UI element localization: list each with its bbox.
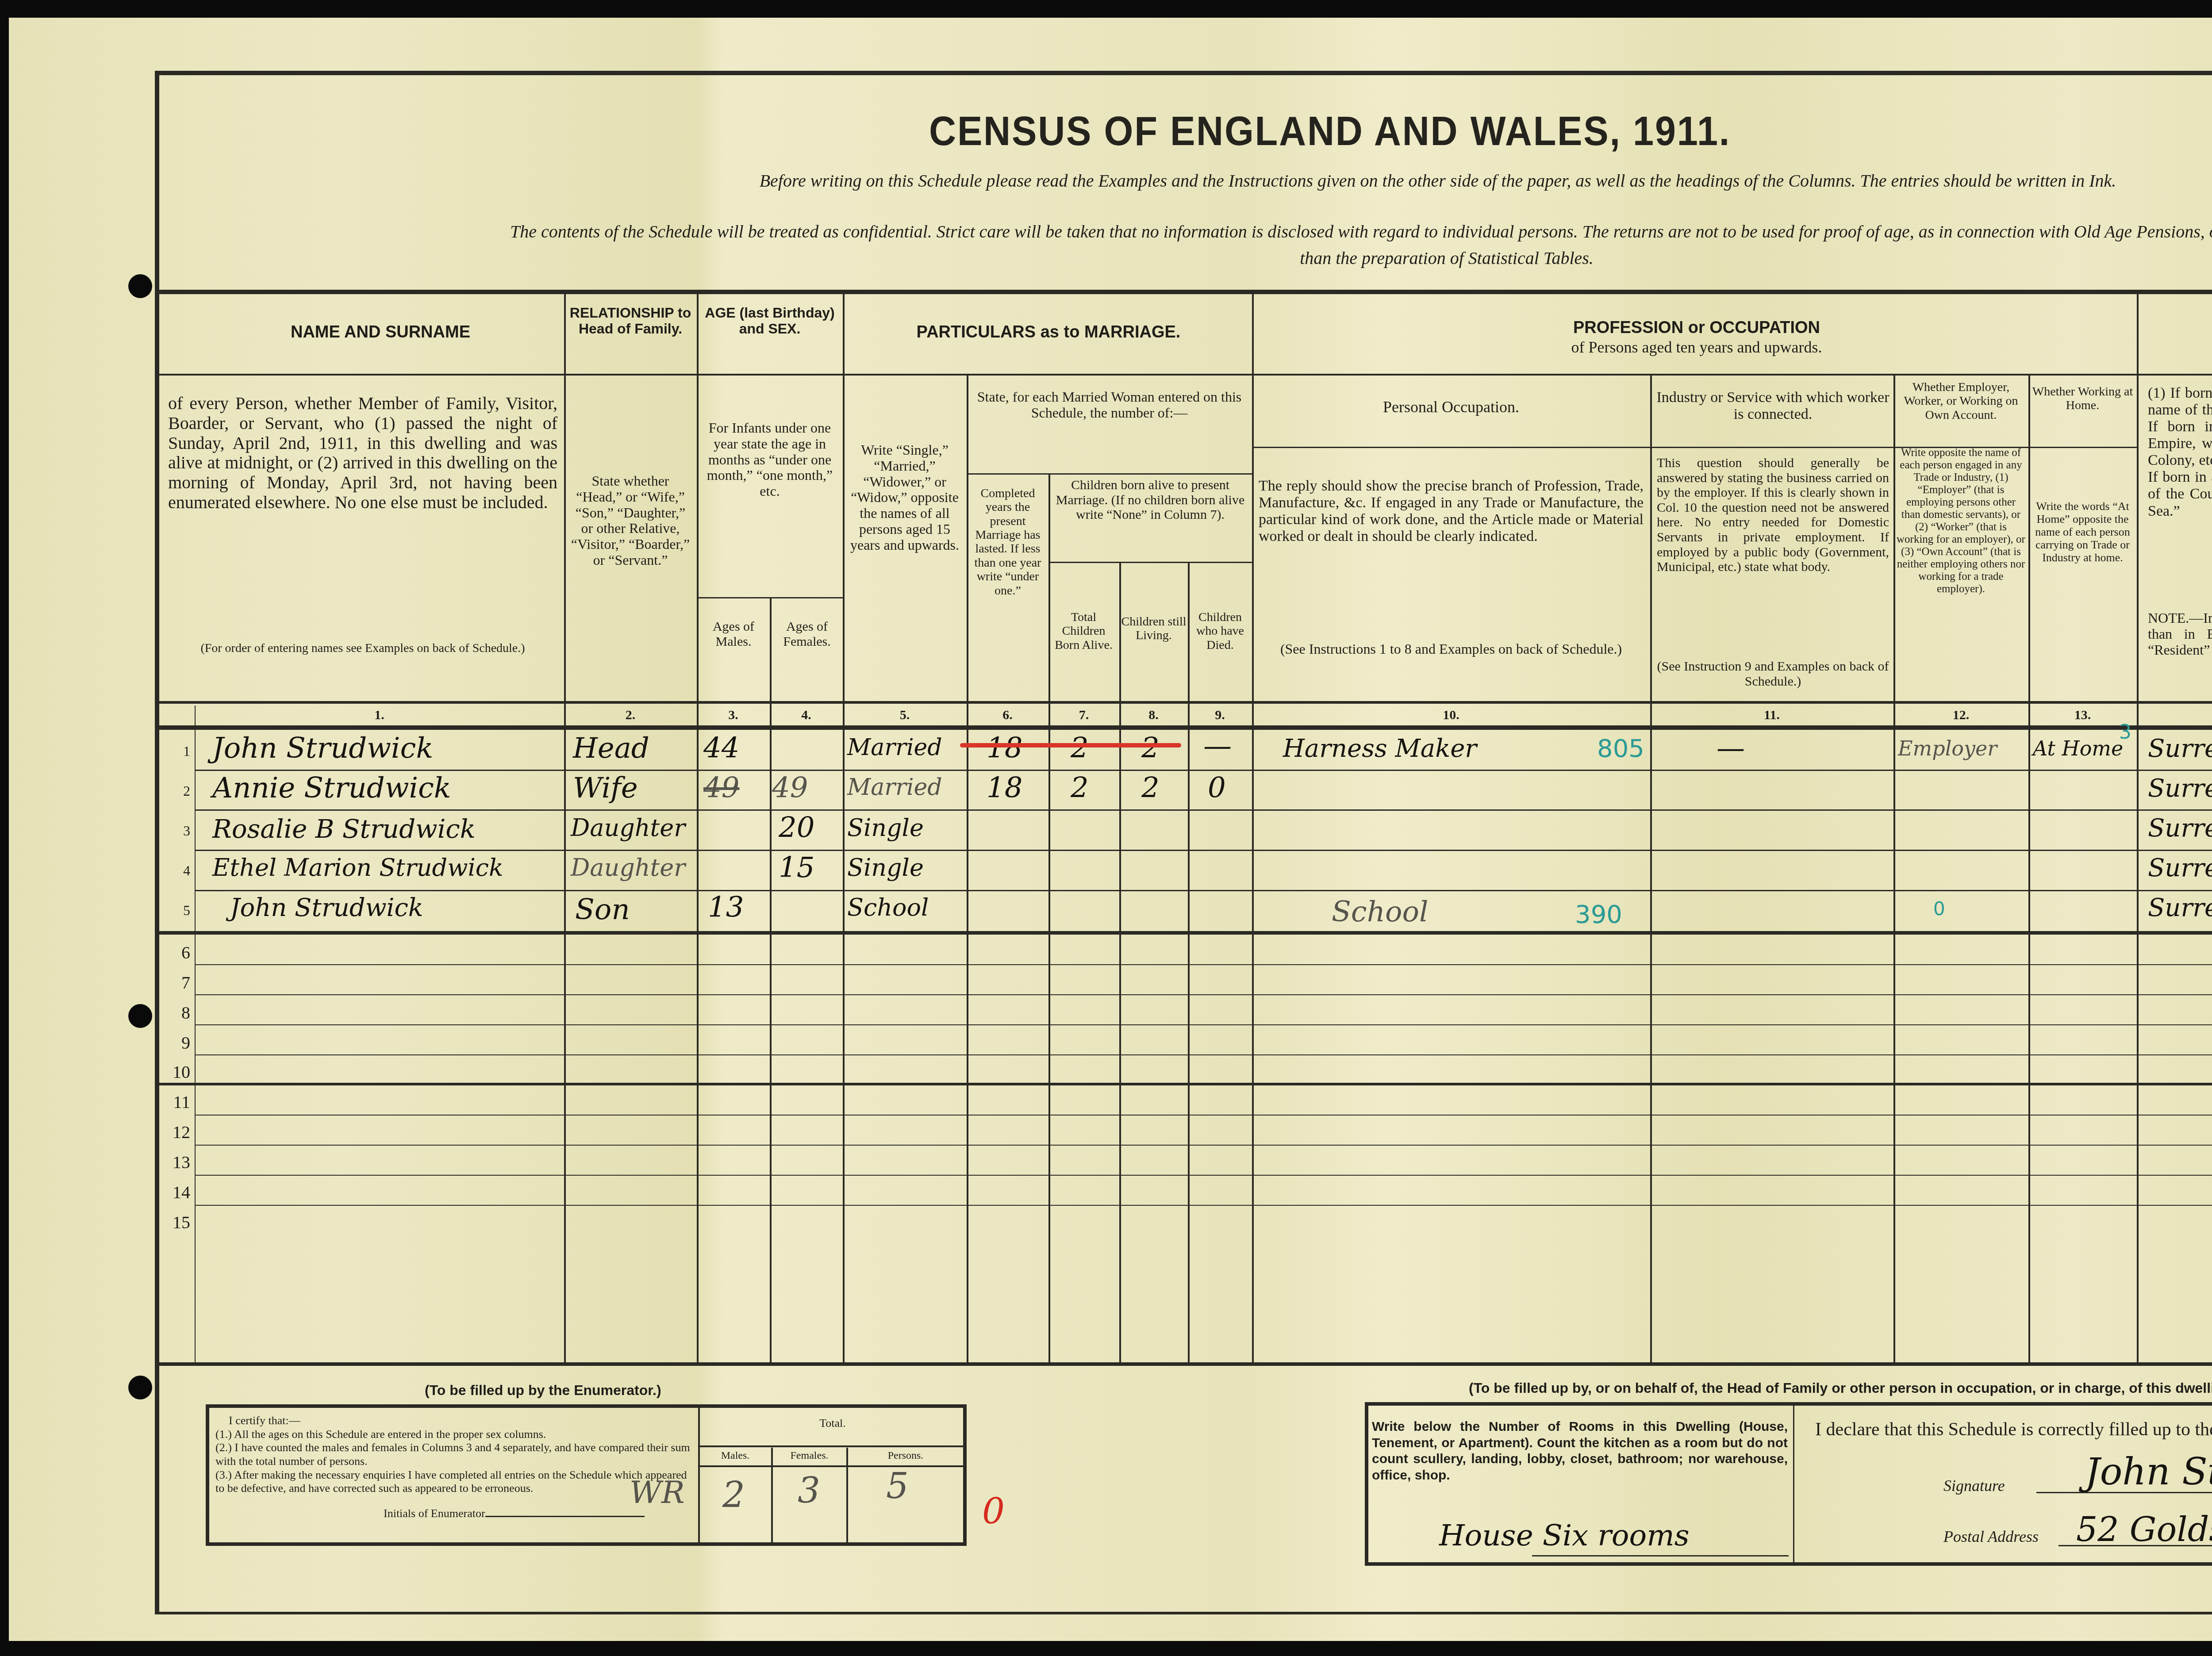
total-persons: 5	[886, 1465, 909, 1506]
head-section-heading: (To be filled up by, or on behalf of, th…	[1469, 1380, 2212, 1396]
postal-address-label: Postal Address	[1943, 1527, 2039, 1546]
enumerator-box: I certify that:— (1.) All the ages on th…	[206, 1404, 967, 1546]
females-label: Females.	[773, 1450, 846, 1462]
persons-label: Persons.	[848, 1450, 963, 1462]
person-age-male-struck: 49	[703, 772, 739, 805]
person-name: Annie Strudwick	[212, 772, 451, 805]
signature-label: Signature	[1943, 1476, 2005, 1495]
person-marital: Married	[847, 774, 942, 801]
header-children-total: Total Children Born Alive.	[1049, 610, 1118, 652]
enumerator-initials: WR	[630, 1474, 685, 1510]
header-industry-note: (See Instruction 9 and Examples on back …	[1657, 659, 1889, 689]
occupation-code: 390	[1575, 900, 1622, 929]
red-check-mark: 0	[982, 1491, 1005, 1532]
person-age-female: 15	[779, 851, 814, 884]
children-born: 2	[1071, 732, 1089, 765]
declaration-text: I declare that this Schedule is correctl…	[1815, 1419, 2212, 1440]
header-children-died: Children who have Died.	[1189, 610, 1251, 652]
header-bottom-rule	[155, 701, 2212, 704]
header-relationship-body: State whether “Head,” or “Wife,” “Son,” …	[568, 473, 692, 568]
instruction-line-1: Before writing on this Schedule please r…	[442, 170, 2212, 191]
children-living: 2	[1141, 732, 1160, 765]
header-personal-body: The reply should show the precise branch…	[1259, 478, 1644, 545]
header-personal-occupation: Personal Occupation.	[1256, 398, 1646, 416]
years-married: 18	[987, 732, 1022, 765]
header-marriage: PARTICULARS as to MARRIAGE.	[845, 323, 1252, 342]
enumerator-heading: (To be filled up by the Enumerator.)	[425, 1382, 661, 1399]
punch-hole	[128, 1004, 152, 1028]
header-marriage-children: Children born alive to present Marriage.…	[1051, 478, 1250, 522]
header-industry: Industry or Service with which worker is…	[1655, 389, 1891, 423]
home-code: 3	[2119, 721, 2131, 744]
row5-bottom-rule	[155, 931, 2212, 935]
header-relationship: RELATIONSHIP to Head of Family.	[566, 305, 695, 337]
head-section-box: Write below the Number of Rooms in this …	[1365, 1402, 2212, 1566]
birthplace: Surrey Guildford	[2148, 774, 2212, 803]
total-label: Total.	[700, 1417, 965, 1430]
header-birthplace-note: NOTE.—In the case of persons born elsewh…	[2148, 610, 2212, 658]
birthplace: Surrey Woking	[2148, 893, 2212, 922]
person-name: Ethel Marion Strudwick	[212, 854, 503, 882]
person-relationship: Wife	[573, 772, 638, 805]
certify-item-1: (1.) All the ages on this Schedule are e…	[215, 1428, 693, 1441]
row10-bottom-rule	[155, 1083, 2212, 1085]
person-name: Rosalie B Strudwick	[212, 814, 476, 844]
person-age-female: 49	[772, 772, 808, 805]
header-marriage-years: Completed years the present Marriage has…	[968, 487, 1048, 598]
header-age-males: Ages of Males.	[698, 619, 769, 649]
person-age-male: 44	[703, 732, 739, 765]
page-title: CENSUS OF ENGLAND AND WALES, 1911.	[929, 108, 1731, 155]
header-home: Whether Working at Home.	[2031, 385, 2135, 413]
red-strike-mark	[960, 743, 1181, 747]
header-name: NAME AND SURNAME	[199, 323, 562, 342]
header-name-note: (For order of entering names see Example…	[168, 641, 557, 655]
occupation: School	[1332, 896, 1428, 928]
header-profession-subtitle: of Persons aged ten years and upwards.	[1256, 338, 2137, 356]
header-birthplace-body: (1) If born in the United Kingdom, write…	[2148, 385, 2212, 520]
person-relationship: Daughter	[571, 814, 685, 842]
header-employer-body: Write opposite the name of each person e…	[1896, 447, 2026, 595]
header-marriage-write: Write “Single,” “Married,” “Widower,” or…	[845, 442, 964, 553]
children-born: 2	[1071, 772, 1089, 805]
birthplace: Surrey Woking	[2148, 734, 2212, 763]
person-name: John Strudwick	[212, 732, 433, 765]
initials-label: Initials of Enumerator	[384, 1507, 485, 1520]
occupation: Harness Maker	[1283, 734, 1477, 763]
header-age-females: Ages of Females.	[772, 619, 842, 649]
header-marriage-state: State, for each Married Woman entered on…	[969, 389, 1250, 421]
person-relationship: Head	[573, 732, 649, 765]
males-label: Males.	[700, 1450, 771, 1462]
person-marital: Single	[847, 814, 924, 842]
certify-item-3: (3.) After making the necessary enquirie…	[215, 1468, 693, 1495]
data-top-rule	[155, 725, 2212, 730]
rooms-instruction: Write below the Number of Rooms in this …	[1372, 1419, 1788, 1483]
employment-status: 0	[1933, 898, 1945, 920]
certify-item-2: (2.) I have counted the males and female…	[215, 1441, 693, 1468]
header-top-rule	[155, 290, 2212, 294]
header-profession: PROFESSION or OCCUPATION	[1256, 318, 2137, 337]
header-home-body: Write the words “At Home” opposite the n…	[2031, 500, 2135, 564]
birthplace: Surrey Woking	[2148, 814, 2212, 843]
person-relationship: Daughter	[571, 854, 685, 882]
header-industry-body: This question should generally be answer…	[1657, 456, 1889, 575]
employment-status: Employer	[1898, 736, 1997, 760]
person-age-male: 13	[708, 891, 744, 924]
total-females: 3	[798, 1470, 820, 1511]
signature: John Strudwick	[2085, 1450, 2212, 1493]
header-age-body: For Infants under one year state the age…	[699, 420, 841, 499]
instruction-line-3: than the preparation of Statistical Tabl…	[186, 248, 2212, 268]
header-birthplace-subtitle: of every person.	[2141, 330, 2212, 347]
person-marital: Married	[847, 734, 942, 761]
header-age: AGE (last Birthday) and SEX.	[699, 305, 841, 337]
header-mid-rule	[155, 374, 2212, 376]
total-males: 2	[722, 1474, 745, 1515]
table-bottom-rule	[155, 1362, 2212, 1366]
person-age-female: 20	[779, 812, 814, 844]
postal-address: 52 Goldsworth Rd. Woking	[2076, 1510, 2212, 1549]
years-married: 18	[987, 772, 1022, 805]
industry: —	[1717, 732, 1745, 765]
children-died: —	[1203, 730, 1232, 763]
children-living: 2	[1141, 772, 1160, 805]
header-birthplace: BIRTHPLACE	[2141, 310, 2212, 329]
occupation-code: 805	[1597, 734, 1644, 763]
header-employer: Whether Employer, Worker, or Working on …	[1896, 380, 2026, 422]
instruction-line-2: The contents of the Schedule will be tre…	[186, 221, 2212, 242]
header-name-body: of every Person, whether Member of Famil…	[168, 394, 557, 513]
punch-hole	[128, 274, 152, 298]
header-children-living: Children still Living.	[1121, 615, 1187, 643]
person-name: John Strudwick	[230, 893, 423, 922]
children-died: 0	[1208, 772, 1226, 805]
working-at-home: At Home	[2033, 736, 2123, 760]
person-relationship: Son	[575, 893, 630, 926]
rooms-value: House Six rooms	[1439, 1518, 1690, 1552]
person-marital: School	[847, 893, 929, 921]
birthplace: Surrey Woking	[2148, 854, 2212, 882]
certify-label: I certify that:—	[215, 1414, 693, 1428]
punch-hole	[128, 1376, 152, 1399]
header-personal-note: (See Instructions 1 to 8 and Examples on…	[1259, 641, 1644, 657]
person-marital: Single	[847, 854, 924, 882]
